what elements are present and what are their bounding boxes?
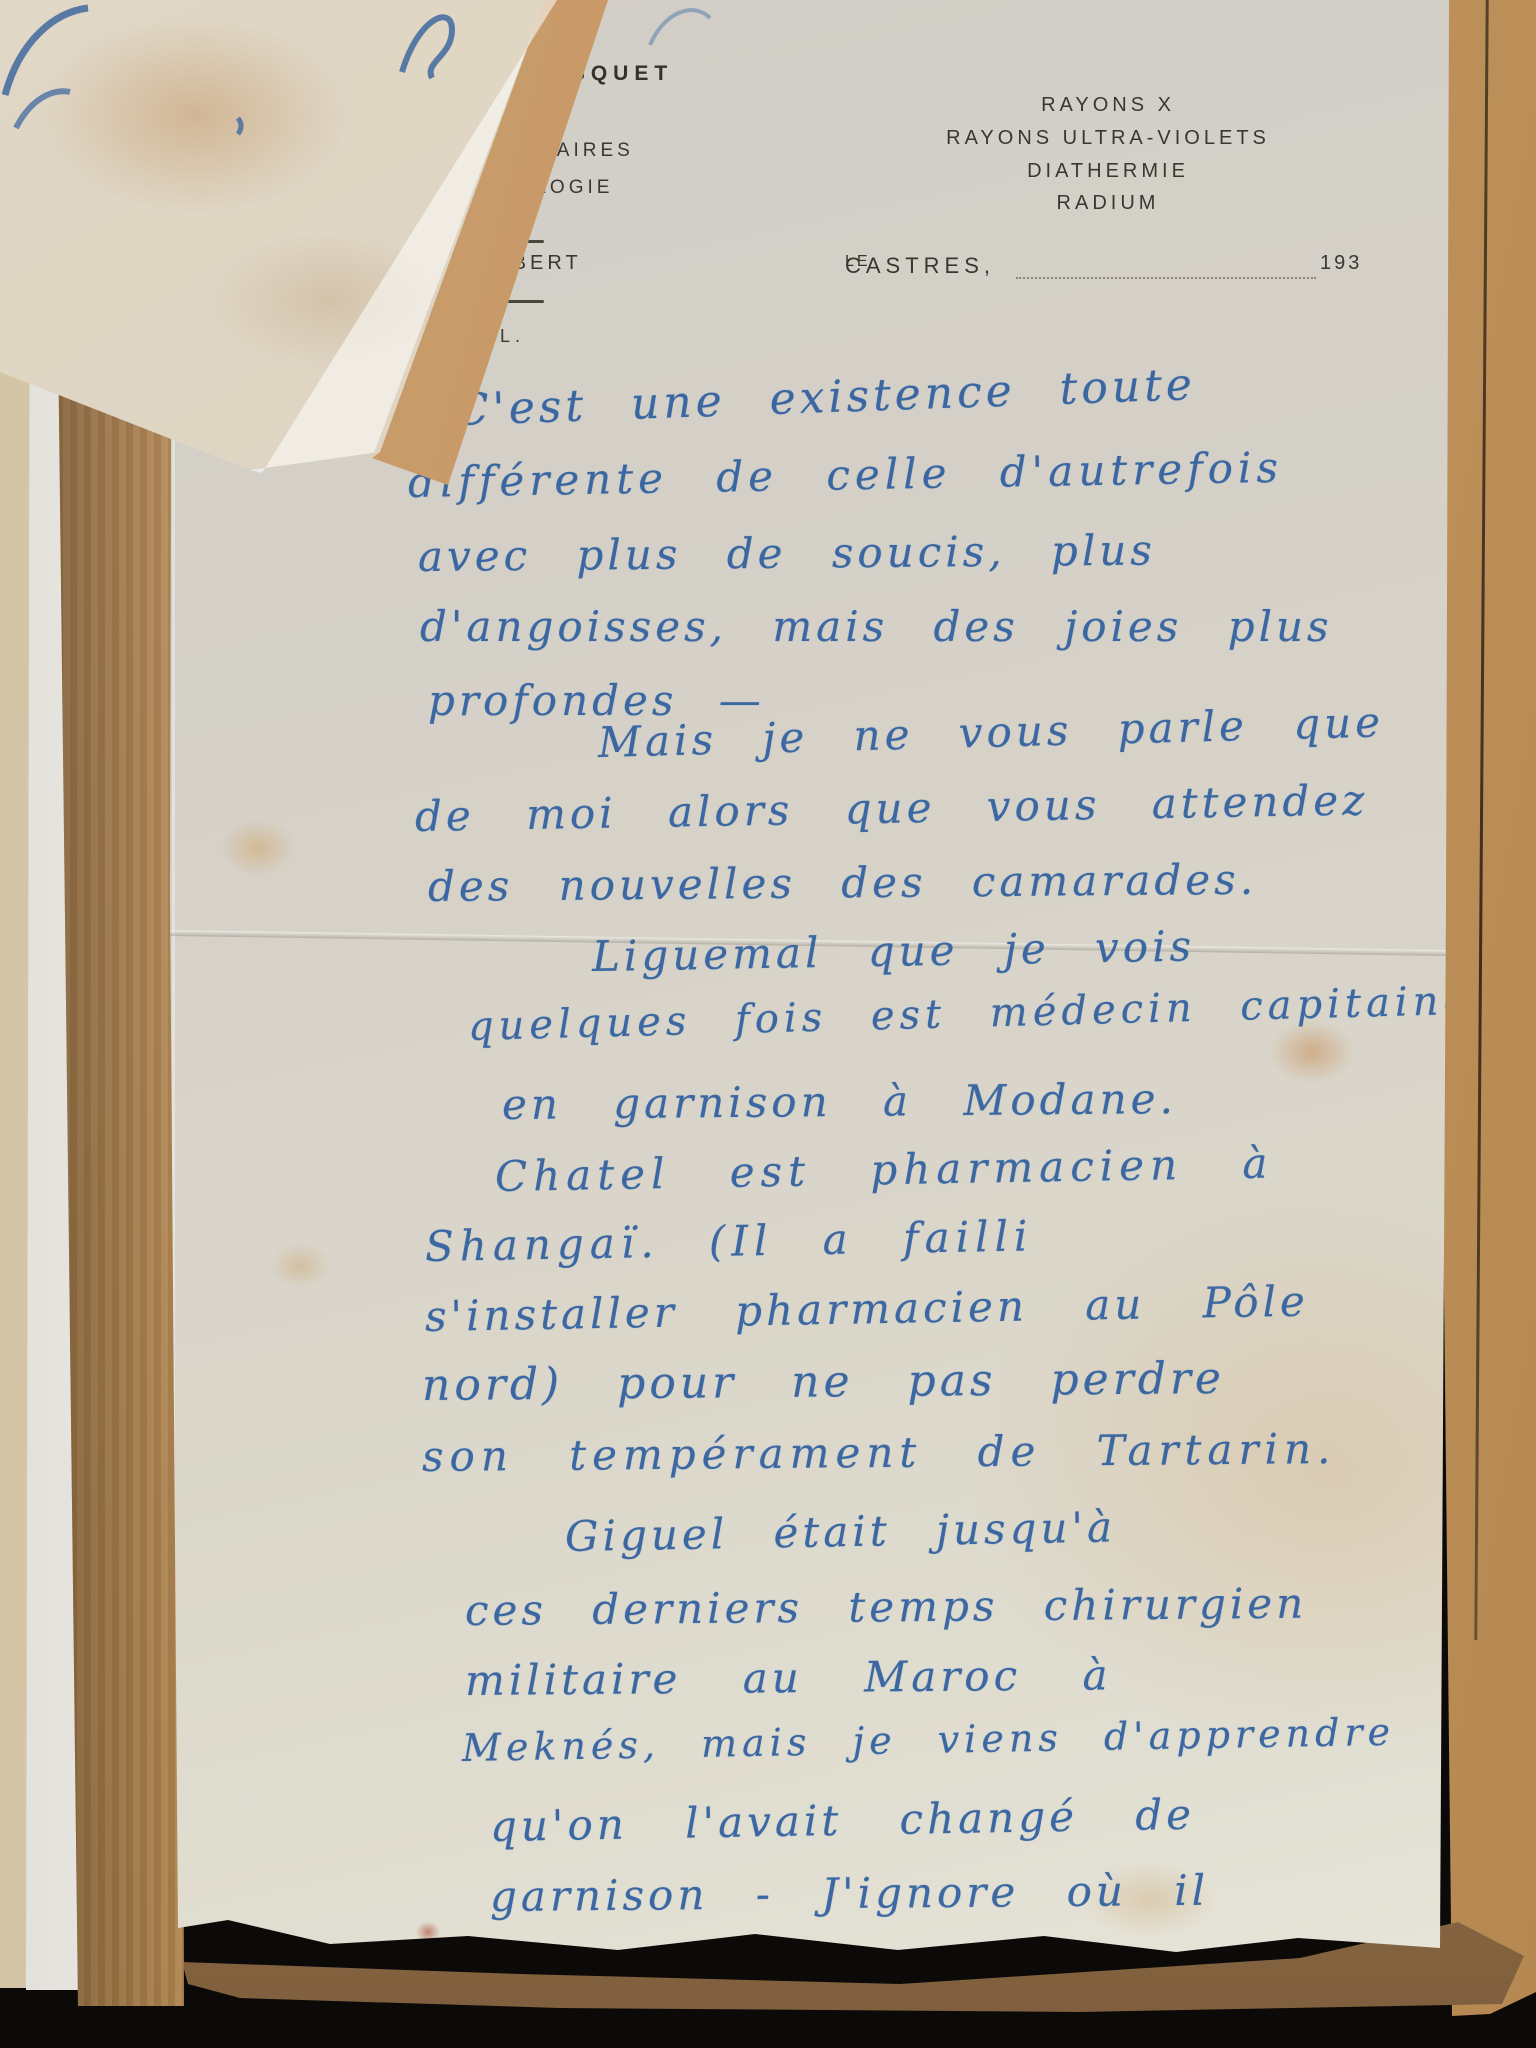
handwritten-line-19: militaire au Maroc à [465,1650,1112,1705]
handwritten-line-22: garnison - J'ignore où il [490,1866,1210,1921]
handwritten-line-9: Liguemal que je vois [592,921,1196,981]
handwritten-line-11: en garnison à Modane. [502,1074,1177,1129]
handwritten-line-14: s'installer pharmacien au Pôle [425,1277,1310,1341]
handwritten-line-10: quelques fois est médecin capitaine [467,978,1472,1050]
handwritten-line-16: son tempérament de Tartarin. [422,1424,1337,1481]
handwritten-line-17: Giguel était jusqu'à [565,1502,1117,1561]
handwritten-line-8: des nouvelles des camarades. [428,855,1257,911]
handwritten-line-1: C'est une existence toute [454,359,1197,436]
handwritten-line-7: de moi alors que vous attendez [415,775,1369,841]
handwritten-line-15: nord) pour ne pas perdre [422,1353,1225,1411]
handwritten-line-2: différente de celle d'autrefois [408,443,1284,507]
handwritten-line-3: avec plus de soucis, plus [418,526,1156,581]
handwritten-line-20: Meknés, mais je viens d'apprendre [462,1710,1396,1770]
handwritten-line-12: Chatel est pharmacien à [495,1138,1274,1201]
photo-scene: Docteur Bousquet VOIES URINAIRES GYNÉCOL… [0,0,1536,2048]
handwritten-line-21: qu'on l'avait changé de [490,1790,1196,1851]
handwritten-line-4: d'angoisses, mais des joies plus [420,602,1333,651]
handwritten-line-18: ces derniers temps chirurgien [465,1579,1308,1635]
overlapping-sheet-ink-strokes [0,0,600,200]
handwritten-line-13: Shangaï. (Il a failli [425,1211,1034,1271]
